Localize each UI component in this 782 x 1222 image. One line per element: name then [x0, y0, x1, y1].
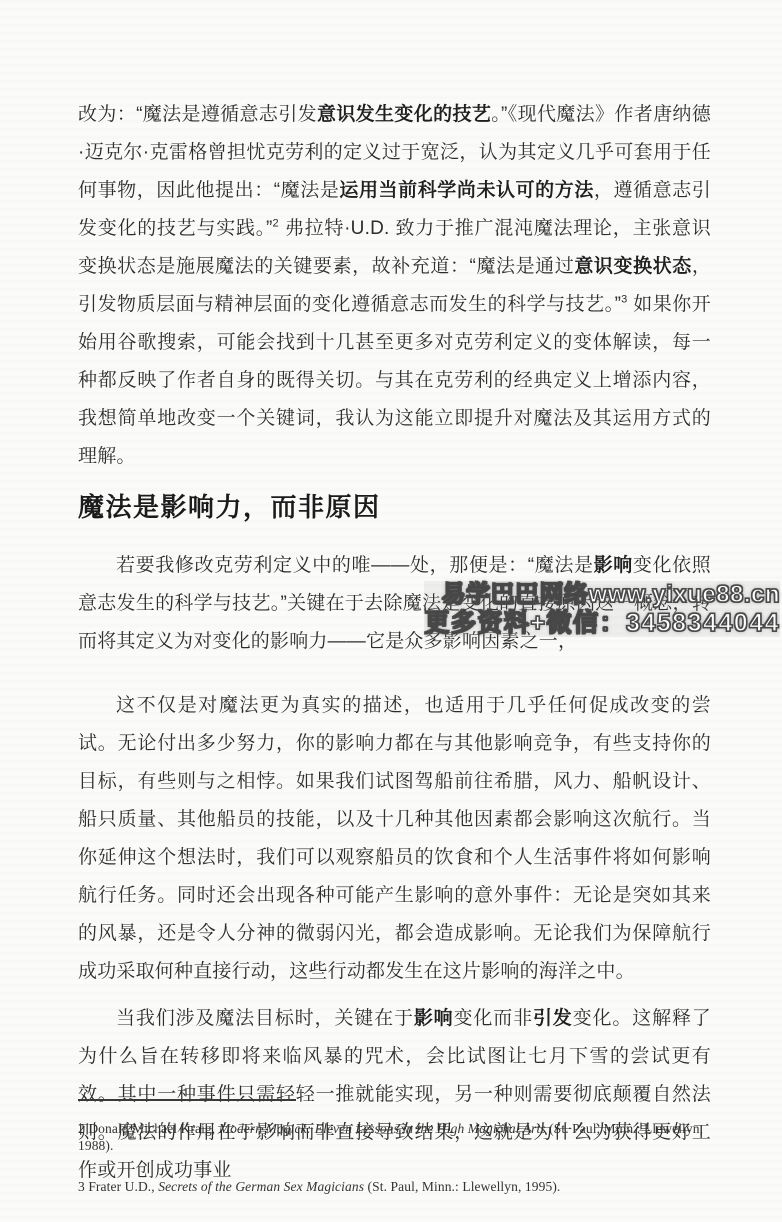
footnote-divider: [78, 1099, 296, 1101]
section-heading: 魔法是影响力，而非原因: [78, 491, 711, 524]
body-paragraph-2: 若要我修改克劳利定义中的唯——处，那便是：“魔法是影响变化依照意志发生的科学与技…: [78, 547, 711, 661]
body-paragraph-1: 改为：“魔法是遵循意志引发意识发生变化的技艺。”《现代魔法》作者唐纳德·迈克尔·…: [78, 96, 711, 476]
footnote-3: 3 Frater U.D., Secrets of the German Sex…: [78, 1178, 723, 1195]
footnote-section: 2 Donald Michael Kraig, Modern Magick: E…: [78, 1099, 723, 1219]
footnote-2: 2 Donald Michael Kraig, Modern Magick: E…: [78, 1120, 723, 1154]
page-text-block: 改为：“魔法是遵循意志引发意识发生变化的技艺。”《现代魔法》作者唐纳德·迈克尔·…: [78, 96, 711, 1190]
body-paragraph-3: 这不仅是对魔法更为真实的描述，也适用于几乎任何促成改变的尝试。无论付出多少努力，…: [78, 687, 711, 991]
book-page: 改为：“魔法是遵循意志引发意识发生变化的技艺。”《现代魔法》作者唐纳德·迈克尔·…: [0, 0, 782, 1222]
